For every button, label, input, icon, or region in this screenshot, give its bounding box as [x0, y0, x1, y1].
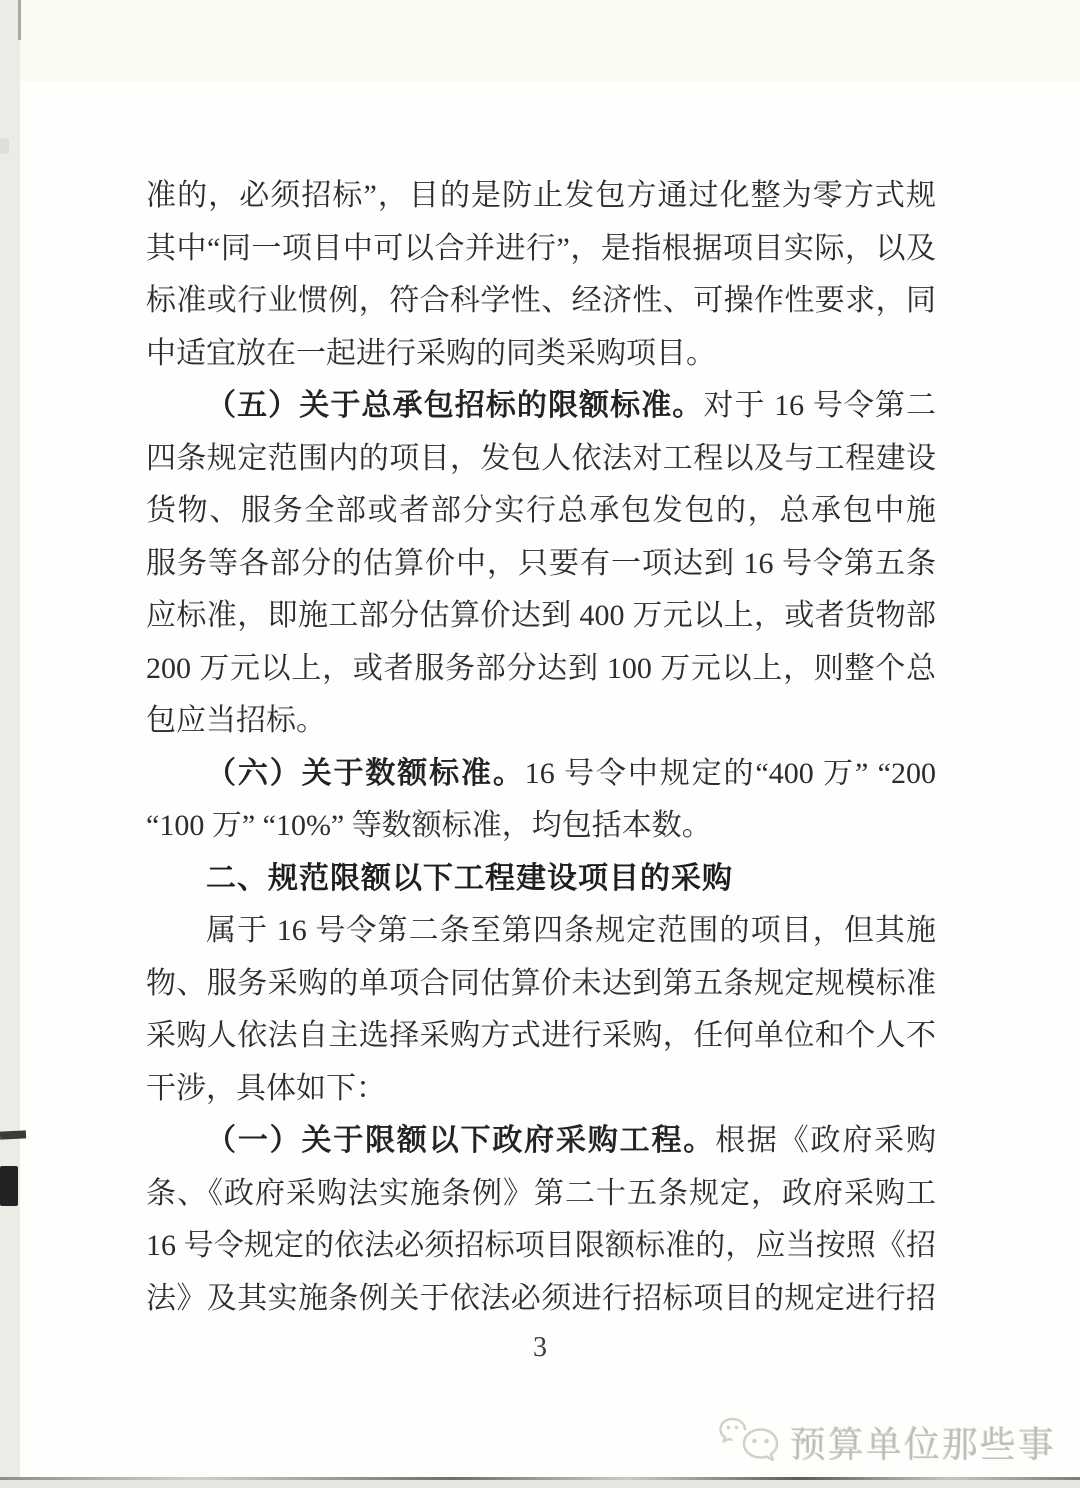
- watermark: 预算单位那些事: [718, 1414, 1056, 1471]
- scan-mark-bottom: [0, 1166, 18, 1206]
- text-line: 准的，必须招标”，目的是防止发包方通过化整为零方式规避招标。: [146, 170, 936, 223]
- text-line: 200 万元以上，或者服务部分达到 100 万元以上，则整个总承包发: [146, 643, 936, 696]
- text-line: （五）关于总承包招标的限额标准。对于 16 号令第二条至第: [146, 380, 936, 433]
- text-line: 法》及其实施条例关于依法必须进行招标项目的规定进行招标；未: [146, 1273, 936, 1326]
- text-line: 物、服务采购的单项合同估算价未达到第五条规定规模标准的，由: [146, 958, 936, 1011]
- scan-edge-line: [18, 0, 21, 40]
- text-line: 中适宜放在一起进行采购的同类采购项目。: [146, 328, 936, 381]
- bold-lead: （五）关于总承包招标的限额标准。: [206, 389, 703, 422]
- document-page: 准的，必须招标”，目的是防止发包方通过化整为零方式规避招标。其中“同一项目中可以…: [0, 0, 1080, 1488]
- text-line: “100 万” “10%” 等数额标准，均包括本数。: [146, 800, 936, 853]
- text-line: 属于 16 号令第二条至第四条规定范围的项目，但其施工、货: [146, 905, 936, 958]
- text-line: 货物、服务全部或者部分实行总承包发包的，总承包中施工、货物、: [146, 485, 936, 538]
- watermark-text: 预算单位那些事: [790, 1417, 1056, 1468]
- text-line: 标准或行业惯例，符合科学性、经济性、可操作性要求，同一项目: [146, 275, 936, 328]
- text-line: （六）关于数额标准。16 号令中规定的“400 万” “200 万”: [146, 748, 936, 801]
- text-line: 16 号令规定的依法必须招标项目限额标准的，应当按照《招标投标: [146, 1220, 936, 1273]
- text-line: 其中“同一项目中可以合并进行”，是指根据项目实际，以及行业: [146, 223, 936, 276]
- scan-mark-top: [0, 1130, 26, 1139]
- scan-edge-left: [0, 0, 20, 1488]
- bold-lead: （六）关于数额标准。: [206, 757, 525, 790]
- scan-top-band: [0, 0, 1080, 82]
- scan-strip-bottom: [0, 1480, 1080, 1488]
- section-heading: 二、规范限额以下工程建设项目的采购: [146, 853, 936, 906]
- text-line: （一）关于限额以下政府采购工程。根据《政府采购法》第四: [146, 1115, 936, 1168]
- page-number: 3: [0, 1332, 1080, 1364]
- text-line: 四条规定范围内的项目，发包人依法对工程以及与工程建设有关的: [146, 433, 936, 486]
- text-line: 包应当招标。: [146, 695, 936, 748]
- text-line: 应标准，即施工部分估算价达到 400 万元以上，或者货物部分达到: [146, 590, 936, 643]
- document-body: 准的，必须招标”，目的是防止发包方通过化整为零方式规避招标。其中“同一项目中可以…: [146, 170, 936, 1325]
- text-line: 采购人依法自主选择采购方式进行采购，任何单位和个人不得违法: [146, 1010, 936, 1063]
- bold-lead: （一）关于限额以下政府采购工程。: [206, 1124, 715, 1157]
- wechat-icon: [718, 1414, 782, 1471]
- text-line: 条、《政府采购法实施条例》第二十五条规定，政府采购工程达到: [146, 1168, 936, 1221]
- text-line: 干涉，具体如下：: [146, 1063, 936, 1116]
- text-line: 服务等各部分的估算价中，只要有一项达到 16 号令第五条规定相: [146, 538, 936, 591]
- scan-smudge: [0, 138, 9, 154]
